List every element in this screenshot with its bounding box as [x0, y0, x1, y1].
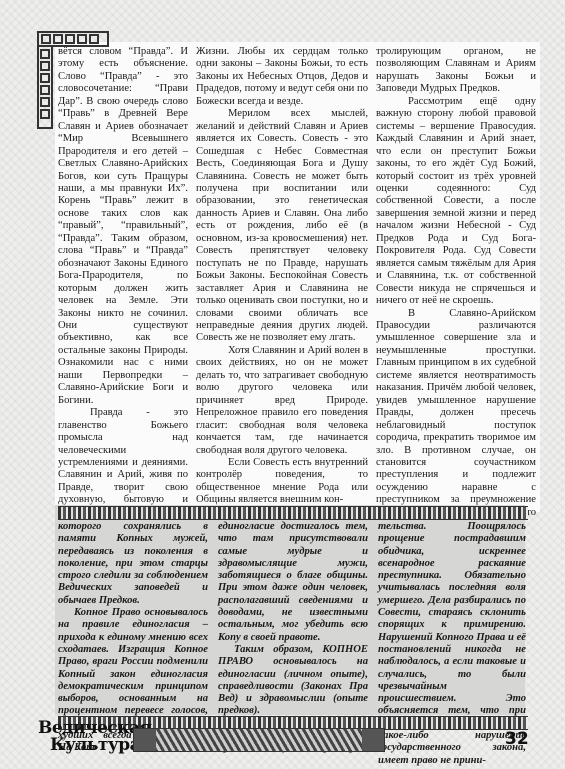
sidebar-paragraph: которого сохранялись в памяти Копных муж…	[58, 521, 208, 607]
article-paragraph: вётся словом “Правда”. И этому есть объя…	[58, 46, 188, 407]
knot-ornament-icon	[362, 729, 384, 751]
article-column-3: тролирующим органом, не позволяющим Слав…	[376, 46, 536, 532]
ornament-border-top-icon	[58, 506, 528, 520]
knot-ornament-icon	[134, 729, 156, 751]
page-number: 32	[505, 729, 529, 749]
article-paragraph: Рассмотрим ещё одну важную сторону любой…	[376, 96, 536, 308]
article-paragraph: Мерилом всех мыслей, желаний и действий …	[196, 108, 368, 345]
article-column-2: Жизни. Любы их сердцам только одни закон…	[196, 46, 368, 507]
article-paragraph: Хотя Славянин и Арий волен в своих дейст…	[196, 345, 368, 457]
sidebar-column-3: тельства. Поощрялось прощение пострадавш…	[378, 521, 526, 767]
article-paragraph: Жизни. Любы их сердцам только одни закон…	[196, 46, 368, 108]
article-paragraph: В Славяно-Арийском Правосудии различаютс…	[376, 308, 536, 532]
sidebar-paragraph: тельства. Поощрялось прощение пострадавш…	[378, 521, 526, 767]
sidebar-paragraph: Таким образом, КОПНОЕ ПРАВО основывалось…	[218, 644, 368, 718]
article-paragraph: Если Совесть есть внутренний контролёр п…	[196, 457, 368, 507]
article-paragraph: тролирующим органом, не позволяющим Слав…	[376, 46, 536, 96]
footer-ornament-icon	[133, 728, 385, 752]
sidebar-paragraph: единогласие достигалось тем, что там при…	[218, 521, 368, 644]
